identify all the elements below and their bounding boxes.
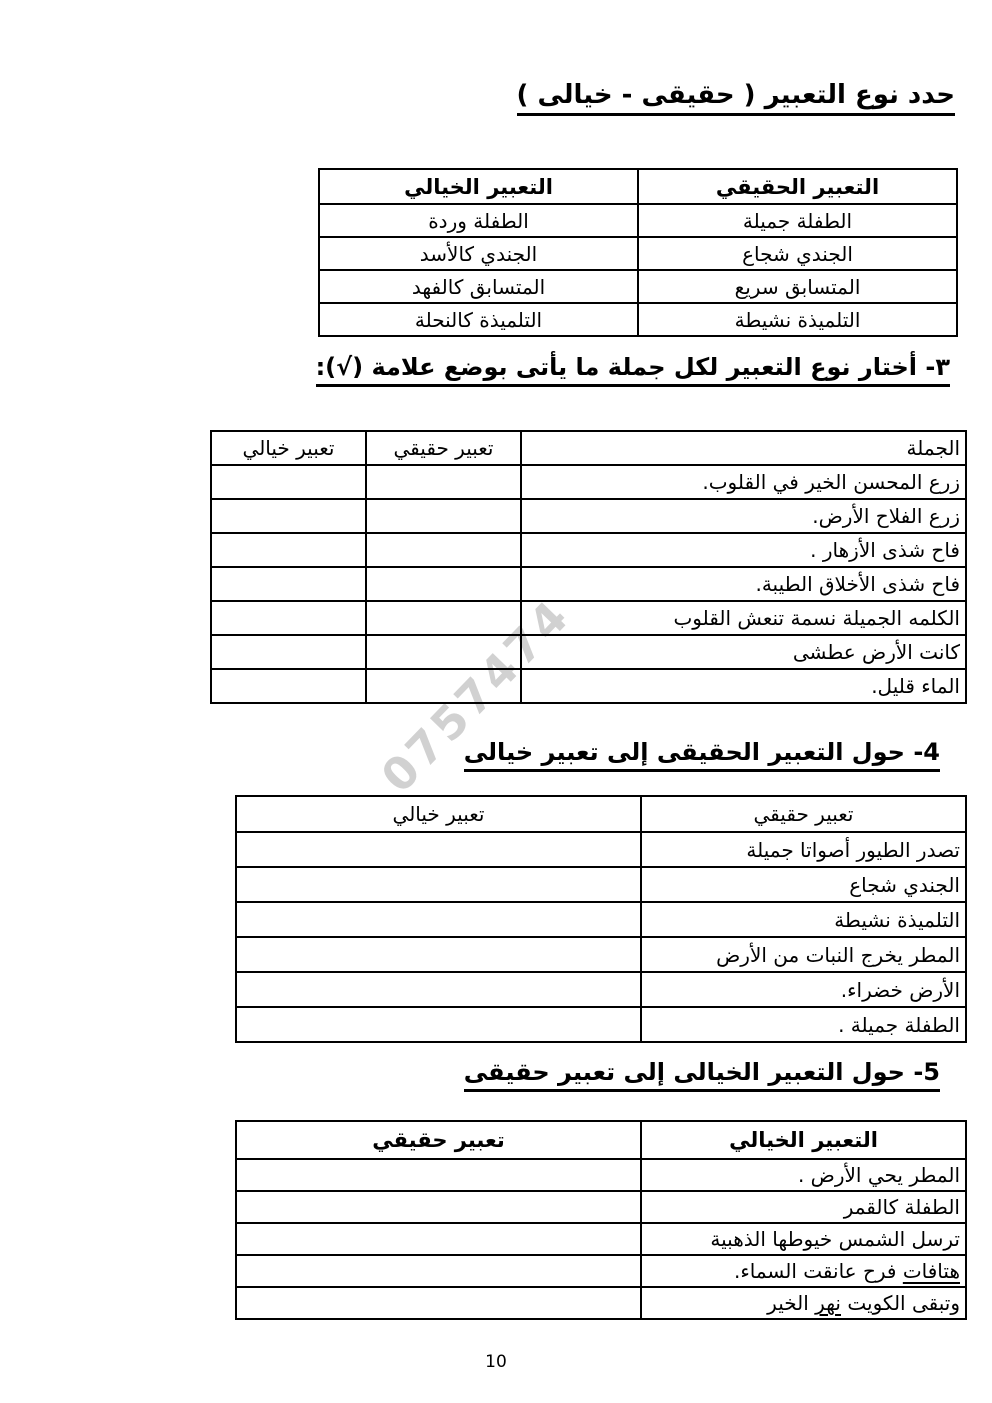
answer-cell-imaginary[interactable]: [236, 832, 641, 867]
sentence-text: فرح عانقت السماء.: [734, 1259, 903, 1283]
table2-header-sentence: الجملة: [521, 431, 966, 465]
sentence-cell: الكلمه الجميلة نسمة تنعش القلوب: [521, 601, 966, 635]
table-header-row: التعبير الحقيقي التعبير الخيالي: [319, 169, 957, 204]
table2-header-real: تعبير حقيقي: [366, 431, 521, 465]
table-row: الكلمه الجميلة نسمة تنعش القلوب: [211, 601, 966, 635]
table3-header-real: تعبير حقيقي: [641, 796, 966, 832]
table-row: الجندي شجاع الجندي كالأسد: [319, 237, 957, 270]
sentence-cell: كانت الأرض عطشى: [521, 635, 966, 669]
table-row: زرع الفلاح الأرض.: [211, 499, 966, 533]
table4-header-imaginary: التعبير الخيالي: [641, 1121, 966, 1159]
table-row: الأرض خضراء.: [236, 972, 966, 1007]
answer-cell-imaginary[interactable]: [211, 533, 366, 567]
section4-heading: 4- حول التعبير الحقيقى إلى تعبير خيالى: [464, 738, 940, 772]
table4-header-real: تعبير حقيقي: [236, 1121, 641, 1159]
table-row: الماء قليل.: [211, 669, 966, 703]
table-row: فاح شذى الأخلاق الطيبة.: [211, 567, 966, 601]
page-number: 10: [0, 1352, 992, 1372]
table-row: كانت الأرض عطشى: [211, 635, 966, 669]
answer-cell-imaginary[interactable]: [236, 937, 641, 972]
table-row: فاح شذى الأزهار .: [211, 533, 966, 567]
answer-cell-real[interactable]: [236, 1287, 641, 1319]
worksheet-page: 0757474 حدد نوع التعبير ( حقيقى - خيالى …: [0, 0, 992, 1403]
sentence-text: الطفلة كالقمر: [844, 1195, 960, 1219]
sentence-cell: المطر يخرج النبات من الأرض: [641, 937, 966, 972]
imaginary-expression-cell: الطفلة وردة: [319, 204, 638, 237]
underlined-word: نهر: [815, 1291, 841, 1315]
section3-heading: ٣- أختار نوع التعبير لكل جملة ما يأتى بو…: [316, 353, 950, 387]
page-title: حدد نوع التعبير ( حقيقى - خيالى ): [517, 80, 955, 116]
answer-cell-real[interactable]: [236, 1159, 641, 1191]
table-row: هتافات فرح عانقت السماء.: [236, 1255, 966, 1287]
table-row: الطفلة جميلة الطفلة وردة: [319, 204, 957, 237]
sentence-cell: الأرض خضراء.: [641, 972, 966, 1007]
table-row: ترسل الشمس خيوطها الذهبية: [236, 1223, 966, 1255]
answer-cell-real[interactable]: [366, 601, 521, 635]
sentence-cell: فاح شذى الأخلاق الطيبة.: [521, 567, 966, 601]
sentence-cell: المطر يحي الأرض .: [641, 1159, 966, 1191]
answer-cell-imaginary[interactable]: [236, 867, 641, 902]
sentence-cell: زرع المحسن الخير في القلوب.: [521, 465, 966, 499]
answer-cell-real[interactable]: [366, 567, 521, 601]
real-expression-cell: الطفلة جميلة: [638, 204, 957, 237]
table1-header-real: التعبير الحقيقي: [638, 169, 957, 204]
answer-cell-imaginary[interactable]: [211, 465, 366, 499]
table-row: المطر يخرج النبات من الأرض: [236, 937, 966, 972]
real-expression-cell: المتسابق سريع: [638, 270, 957, 303]
table-row: زرع المحسن الخير في القلوب.: [211, 465, 966, 499]
imaginary-expression-cell: التلميذة كالنحلة: [319, 303, 638, 336]
sentence-cell: الطفلة جميلة .: [641, 1007, 966, 1042]
answer-cell-imaginary[interactable]: [211, 499, 366, 533]
sentence-cell: الجندي شجاع: [641, 867, 966, 902]
sentence-cell: زرع الفلاح الأرض.: [521, 499, 966, 533]
answer-cell-real[interactable]: [366, 533, 521, 567]
answer-cell-real[interactable]: [366, 635, 521, 669]
table-row: الجندي شجاع: [236, 867, 966, 902]
real-expression-cell: التلميذة نشيطة: [638, 303, 957, 336]
real-expression-cell: الجندي شجاع: [638, 237, 957, 270]
answer-cell-real[interactable]: [366, 465, 521, 499]
sentence-cell: هتافات فرح عانقت السماء.: [641, 1255, 966, 1287]
section5-heading: 5- حول التعبير الخيالى إلى تعبير حقيقى: [464, 1058, 940, 1092]
expression-examples-table: التعبير الحقيقي التعبير الخيالي الطفلة ج…: [318, 168, 958, 337]
answer-cell-imaginary[interactable]: [211, 567, 366, 601]
sentence-cell: وتبقى الكويت نهر الخير: [641, 1287, 966, 1319]
table-row: الطفلة كالقمر: [236, 1191, 966, 1223]
table-row: المطر يحي الأرض .: [236, 1159, 966, 1191]
sentence-text: ترسل الشمس خيوطها الذهبية: [710, 1227, 960, 1251]
table2-header-imaginary: تعبير خيالي: [211, 431, 366, 465]
table-row: تصدر الطيور أصواتا جميلة: [236, 832, 966, 867]
table-row: الطفلة جميلة .: [236, 1007, 966, 1042]
table-row: التلميذة نشيطة: [236, 902, 966, 937]
answer-cell-real[interactable]: [236, 1191, 641, 1223]
underlined-word: هتافات: [903, 1259, 960, 1283]
choose-type-table: الجملة تعبير حقيقي تعبير خيالي زرع المحس…: [210, 430, 967, 704]
table-header-row: التعبير الخيالي تعبير حقيقي: [236, 1121, 966, 1159]
answer-cell-imaginary[interactable]: [236, 1007, 641, 1042]
sentence-cell: ترسل الشمس خيوطها الذهبية: [641, 1223, 966, 1255]
sentence-cell: الطفلة كالقمر: [641, 1191, 966, 1223]
imaginary-to-real-table: التعبير الخيالي تعبير حقيقي المطر يحي ال…: [235, 1120, 967, 1320]
answer-cell-real[interactable]: [236, 1255, 641, 1287]
answer-cell-real[interactable]: [366, 669, 521, 703]
table1-header-imaginary: التعبير الخيالي: [319, 169, 638, 204]
real-to-imaginary-table: تعبير حقيقي تعبير خيالي تصدر الطيور أصوا…: [235, 795, 967, 1043]
sentence-text: الخير: [767, 1291, 815, 1315]
answer-cell-imaginary[interactable]: [211, 669, 366, 703]
table-row: التلميذة نشيطة التلميذة كالنحلة: [319, 303, 957, 336]
sentence-cell: تصدر الطيور أصواتا جميلة: [641, 832, 966, 867]
sentence-cell: الماء قليل.: [521, 669, 966, 703]
answer-cell-imaginary[interactable]: [236, 902, 641, 937]
sentence-cell: التلميذة نشيطة: [641, 902, 966, 937]
answer-cell-real[interactable]: [236, 1223, 641, 1255]
answer-cell-imaginary[interactable]: [211, 635, 366, 669]
table-header-row: تعبير حقيقي تعبير خيالي: [236, 796, 966, 832]
table-row: وتبقى الكويت نهر الخير: [236, 1287, 966, 1319]
table-header-row: الجملة تعبير حقيقي تعبير خيالي: [211, 431, 966, 465]
imaginary-expression-cell: المتسابق كالفهد: [319, 270, 638, 303]
answer-cell-imaginary[interactable]: [211, 601, 366, 635]
answer-cell-real[interactable]: [366, 499, 521, 533]
table-row: المتسابق سريع المتسابق كالفهد: [319, 270, 957, 303]
answer-cell-imaginary[interactable]: [236, 972, 641, 1007]
table3-header-imaginary: تعبير خيالي: [236, 796, 641, 832]
imaginary-expression-cell: الجندي كالأسد: [319, 237, 638, 270]
sentence-text: وتبقى الكويت: [841, 1291, 960, 1315]
sentence-text: المطر يحي الأرض .: [798, 1163, 960, 1187]
sentence-cell: فاح شذى الأزهار .: [521, 533, 966, 567]
